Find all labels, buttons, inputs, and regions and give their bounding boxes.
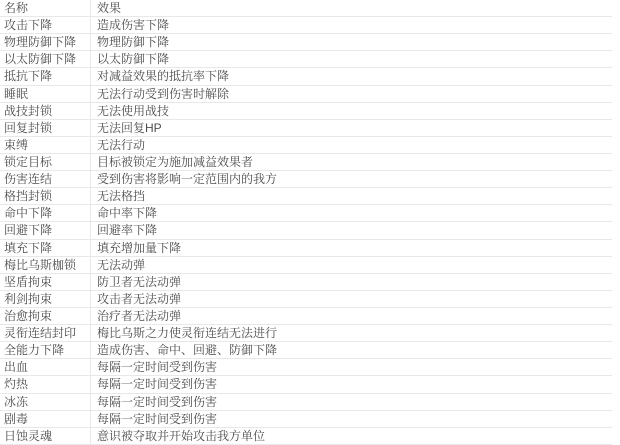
effect-description-cell: 无法行动受到伤害时解除	[91, 86, 612, 102]
effect-description-cell: 治疗者无法动弹	[91, 308, 612, 324]
table-row: 格挡封锁 无法格挡	[0, 188, 612, 205]
effect-description-cell: 无法动弹	[91, 257, 612, 273]
effect-name-cell: 格挡封锁	[0, 188, 91, 204]
effect-description-cell: 对减益效果的抵抗率下降	[91, 68, 612, 84]
effect-name-cell: 填充下降	[0, 240, 91, 256]
effect-description-cell: 回避率下降	[91, 222, 612, 238]
table-body: 攻击下降 造成伤害下降 物理防御下降 物理防御下降 以太防御下降 以太防御下降 …	[0, 17, 612, 445]
table-row: 剧毒 每隔一定时间受到伤害	[0, 411, 612, 428]
effect-name-cell: 命中下降	[0, 205, 91, 221]
column-header-name: 名称	[0, 0, 91, 16]
effect-description-cell: 防卫者无法动弹	[91, 274, 612, 290]
effect-description-cell: 物理防御下降	[91, 34, 612, 50]
effect-name-cell: 出血	[0, 359, 91, 375]
table-row: 束缚 无法行动	[0, 137, 612, 154]
effect-description-cell: 无法回复HP	[91, 120, 612, 136]
effect-name-cell: 回复封锁	[0, 120, 91, 136]
effect-description-cell: 无法行动	[91, 137, 612, 153]
effect-name-cell: 以太防御下降	[0, 51, 91, 67]
table-row: 全能力下降 造成伤害、命中、回避、防御下降	[0, 342, 612, 359]
table-row: 以太防御下降 以太防御下降	[0, 51, 612, 68]
table-row: 睡眠 无法行动受到伤害时解除	[0, 86, 612, 103]
effect-description-cell: 目标被锁定为施加减益效果者	[91, 154, 612, 170]
effect-description-cell: 填充增加量下降	[91, 240, 612, 256]
effect-name-cell: 日蚀灵魂	[0, 428, 91, 444]
effect-name-cell: 束缚	[0, 137, 91, 153]
effect-description-cell: 每隔一定时间受到伤害	[91, 394, 612, 410]
status-effects-table: 名称 效果 攻击下降 造成伤害下降 物理防御下降 物理防御下降 以太防御下降 以…	[0, 0, 612, 445]
column-header-effect: 效果	[91, 0, 612, 16]
table-row: 灵衔连结封印 梅比乌斯之力使灵衔连结无法进行	[0, 325, 612, 342]
effect-name-cell: 冰冻	[0, 394, 91, 410]
effect-name-cell: 睡眠	[0, 86, 91, 102]
table-row: 梅比乌斯枷锁 无法动弹	[0, 257, 612, 274]
table-row: 填充下降 填充增加量下降	[0, 240, 612, 257]
effect-description-cell: 攻击者无法动弹	[91, 291, 612, 307]
table-header-row: 名称 效果	[0, 0, 612, 17]
effect-name-cell: 物理防御下降	[0, 34, 91, 50]
effect-name-cell: 治愈拘束	[0, 308, 91, 324]
table-row: 冰冻 每隔一定时间受到伤害	[0, 394, 612, 411]
effect-description-cell: 以太防御下降	[91, 51, 612, 67]
effect-name-cell: 梅比乌斯枷锁	[0, 257, 91, 273]
table-row: 伤害连结 受到伤害将影响一定范围内的我方	[0, 171, 612, 188]
effect-name-cell: 回避下降	[0, 222, 91, 238]
table-row: 坚盾拘束 防卫者无法动弹	[0, 274, 612, 291]
table-row: 灼热 每隔一定时间受到伤害	[0, 376, 612, 393]
table-row: 治愈拘束 治疗者无法动弹	[0, 308, 612, 325]
effect-name-cell: 剧毒	[0, 411, 91, 427]
effect-name-cell: 锁定目标	[0, 154, 91, 170]
effect-description-cell: 受到伤害将影响一定范围内的我方	[91, 171, 612, 187]
table-row: 回避下降 回避率下降	[0, 222, 612, 239]
effect-name-cell: 攻击下降	[0, 17, 91, 33]
table-row: 攻击下降 造成伤害下降	[0, 17, 612, 34]
effect-description-cell: 命中率下降	[91, 205, 612, 221]
table-row: 抵抗下降 对减益效果的抵抗率下降	[0, 68, 612, 85]
effect-name-cell: 伤害连结	[0, 171, 91, 187]
effect-description-cell: 每隔一定时间受到伤害	[91, 376, 612, 392]
effect-description-cell: 每隔一定时间受到伤害	[91, 359, 612, 375]
effect-description-cell: 无法使用战技	[91, 103, 612, 119]
effect-name-cell: 战技封锁	[0, 103, 91, 119]
effect-name-cell: 抵抗下降	[0, 68, 91, 84]
effect-description-cell: 意识被夺取并开始攻击我方单位	[91, 428, 612, 444]
table-row: 出血 每隔一定时间受到伤害	[0, 359, 612, 376]
table-row: 利剑拘束 攻击者无法动弹	[0, 291, 612, 308]
table-row: 战技封锁 无法使用战技	[0, 103, 612, 120]
effect-name-cell: 坚盾拘束	[0, 274, 91, 290]
effect-name-cell: 灵衔连结封印	[0, 325, 91, 341]
table-row: 锁定目标 目标被锁定为施加减益效果者	[0, 154, 612, 171]
table-row: 回复封锁 无法回复HP	[0, 120, 612, 137]
table-row: 物理防御下降 物理防御下降	[0, 34, 612, 51]
effect-name-cell: 全能力下降	[0, 342, 91, 358]
effect-description-cell: 每隔一定时间受到伤害	[91, 411, 612, 427]
effect-name-cell: 灼热	[0, 376, 91, 392]
effect-description-cell: 梅比乌斯之力使灵衔连结无法进行	[91, 325, 612, 341]
table-row: 命中下降 命中率下降	[0, 205, 612, 222]
effect-description-cell: 无法格挡	[91, 188, 612, 204]
effect-description-cell: 造成伤害、命中、回避、防御下降	[91, 342, 612, 358]
effect-name-cell: 利剑拘束	[0, 291, 91, 307]
effect-description-cell: 造成伤害下降	[91, 17, 612, 33]
table-row: 日蚀灵魂 意识被夺取并开始攻击我方单位	[0, 428, 612, 445]
